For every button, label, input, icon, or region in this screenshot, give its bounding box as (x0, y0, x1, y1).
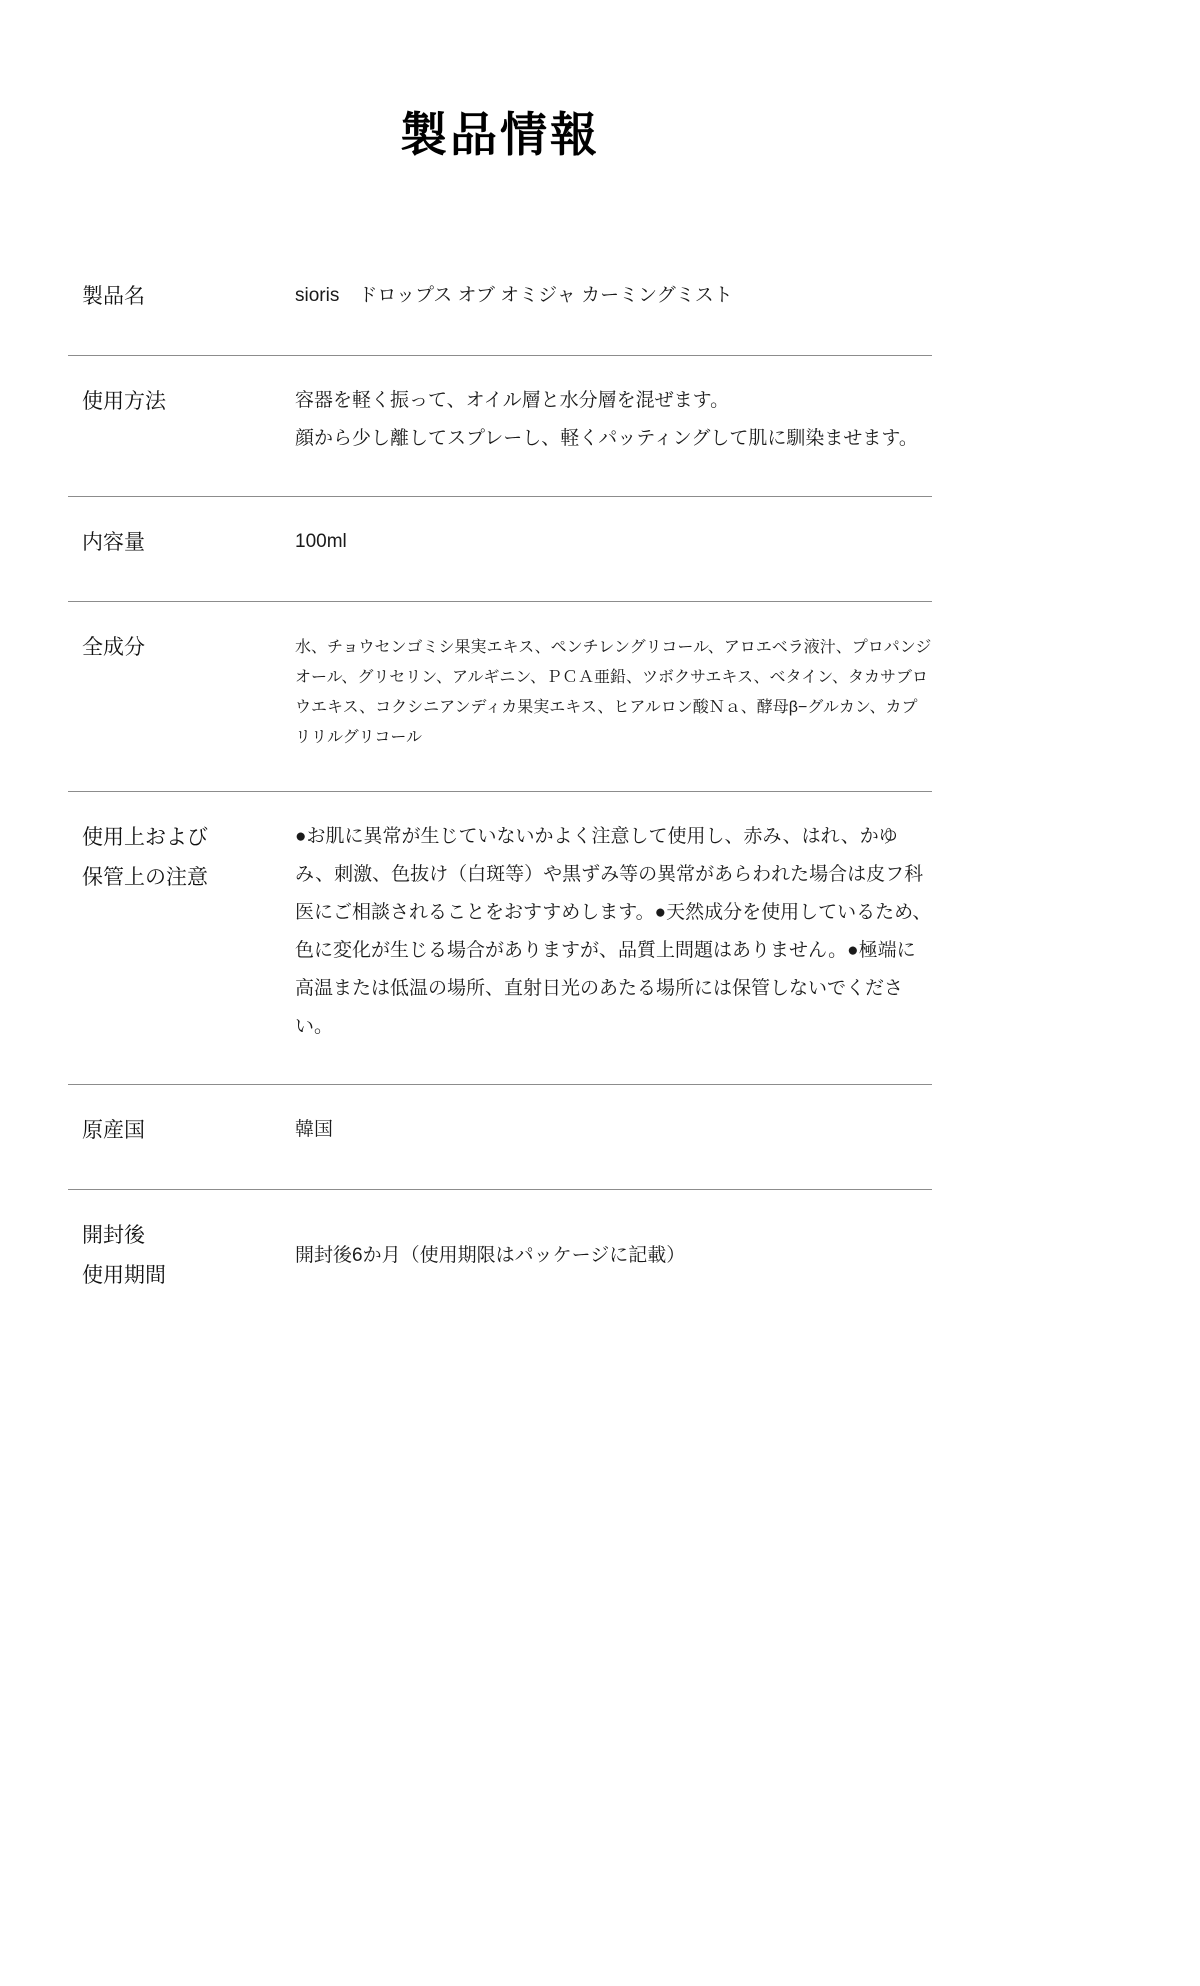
row-origin: 原産国 韓国 (68, 1084, 932, 1189)
row-ingredients: 全成分 水、チョウセンゴミシ果実エキス、ペンチレングリコール、アロエベラ液汁、プ… (68, 601, 932, 791)
row-volume: 内容量 100ml (68, 496, 932, 601)
row-label: 使用方法 (68, 382, 295, 422)
row-label: 全成分 (68, 628, 295, 668)
precautions-label-line-1: 使用上および (82, 818, 295, 858)
product-info-table: 製品名 sioris ドロップス オブ オミジャ カーミングミスト 使用方法 容… (68, 251, 932, 1334)
page-title: 製品情報 (0, 98, 1000, 165)
row-label: 内容量 (68, 523, 295, 563)
usage-line-1: 容器を軽く振って、オイル層と水分層を混ぜます。 (295, 382, 932, 420)
row-label: 開封後 使用期間 (68, 1216, 295, 1296)
precautions-label-line-2: 保管上の注意 (82, 858, 295, 898)
row-value: 容器を軽く振って、オイル層と水分層を混ぜます。 顔から少し離してスプレーし、軽く… (295, 382, 932, 458)
row-label: 製品名 (68, 277, 295, 317)
usage-line-2: 顔から少し離してスプレーし、軽くパッティングして肌に馴染ませます。 (295, 420, 932, 458)
row-value: 水、チョウセンゴミシ果実エキス、ペンチレングリコール、アロエベラ液汁、プロパンジ… (295, 628, 932, 753)
row-period-after-opening: 開封後 使用期間 開封後6か月（使用期限はパッケージに記載） (68, 1189, 932, 1334)
row-label: 使用上および 保管上の注意 (68, 818, 295, 898)
row-label: 原産国 (68, 1111, 295, 1151)
period-label-line-1: 開封後 (82, 1216, 295, 1256)
period-label-line-2: 使用期間 (82, 1256, 295, 1296)
row-precautions: 使用上および 保管上の注意 ●お肌に異常が生じていないかよく注意して使用し、赤み… (68, 791, 932, 1084)
row-value: sioris ドロップス オブ オミジャ カーミングミスト (295, 277, 932, 315)
content-area: 製品情報 製品名 sioris ドロップス オブ オミジャ カーミングミスト 使… (0, 98, 1000, 1334)
row-usage: 使用方法 容器を軽く振って、オイル層と水分層を混ぜます。 顔から少し離してスプレ… (68, 355, 932, 496)
product-info-page: { "page": { "title": "製品情報" }, "table": … (0, 98, 1200, 1986)
row-product-name: 製品名 sioris ドロップス オブ オミジャ カーミングミスト (68, 251, 932, 355)
row-value: 開封後6か月（使用期限はパッケージに記載） (295, 1237, 932, 1275)
row-value: ●お肌に異常が生じていないかよく注意して使用し、赤み、はれ、かゆみ、刺激、色抜け… (295, 818, 932, 1046)
row-value: 韓国 (295, 1111, 932, 1149)
row-value: 100ml (295, 523, 932, 561)
